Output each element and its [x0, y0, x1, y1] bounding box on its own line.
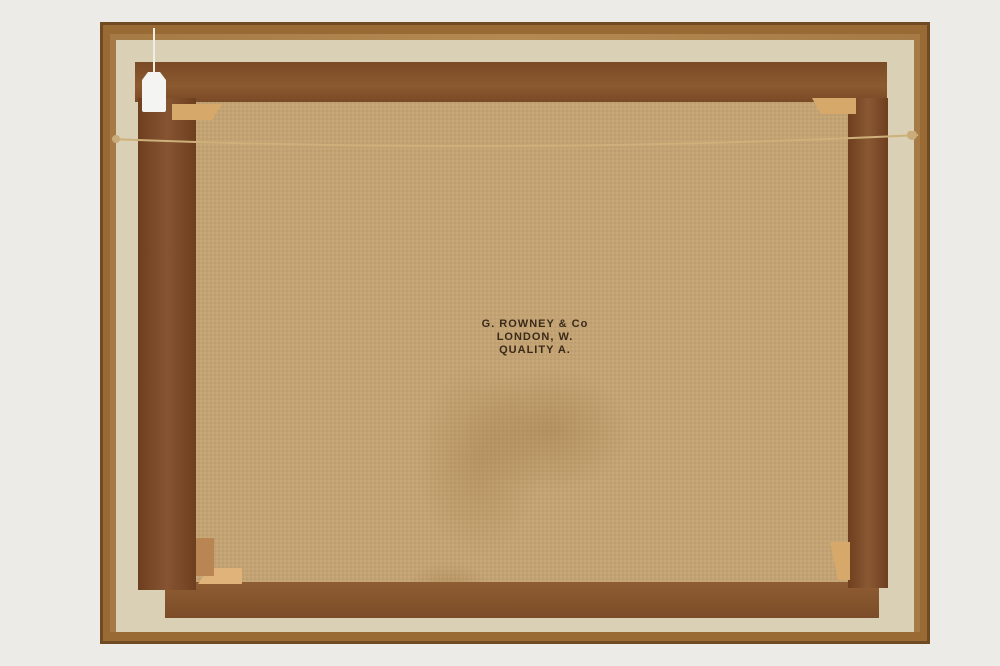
stretcher-bar-top — [135, 62, 887, 102]
stretcher-bar-bottom — [165, 582, 879, 618]
stamp-line-2: LONDON, W. — [470, 331, 600, 344]
stretcher-bar-right — [848, 98, 888, 588]
colourman-stamp: G. ROWNEY & Co LONDON, W. QUALITY A. — [470, 318, 600, 357]
stretcher-bar-left — [138, 98, 196, 590]
stamp-line-1: G. ROWNEY & Co — [470, 318, 600, 331]
hanging-wire — [112, 131, 918, 157]
stamp-line-3: QUALITY A. — [470, 344, 600, 357]
tag-string — [153, 28, 155, 74]
paper-tag — [142, 72, 166, 112]
corner-key-left-upper — [196, 538, 214, 576]
